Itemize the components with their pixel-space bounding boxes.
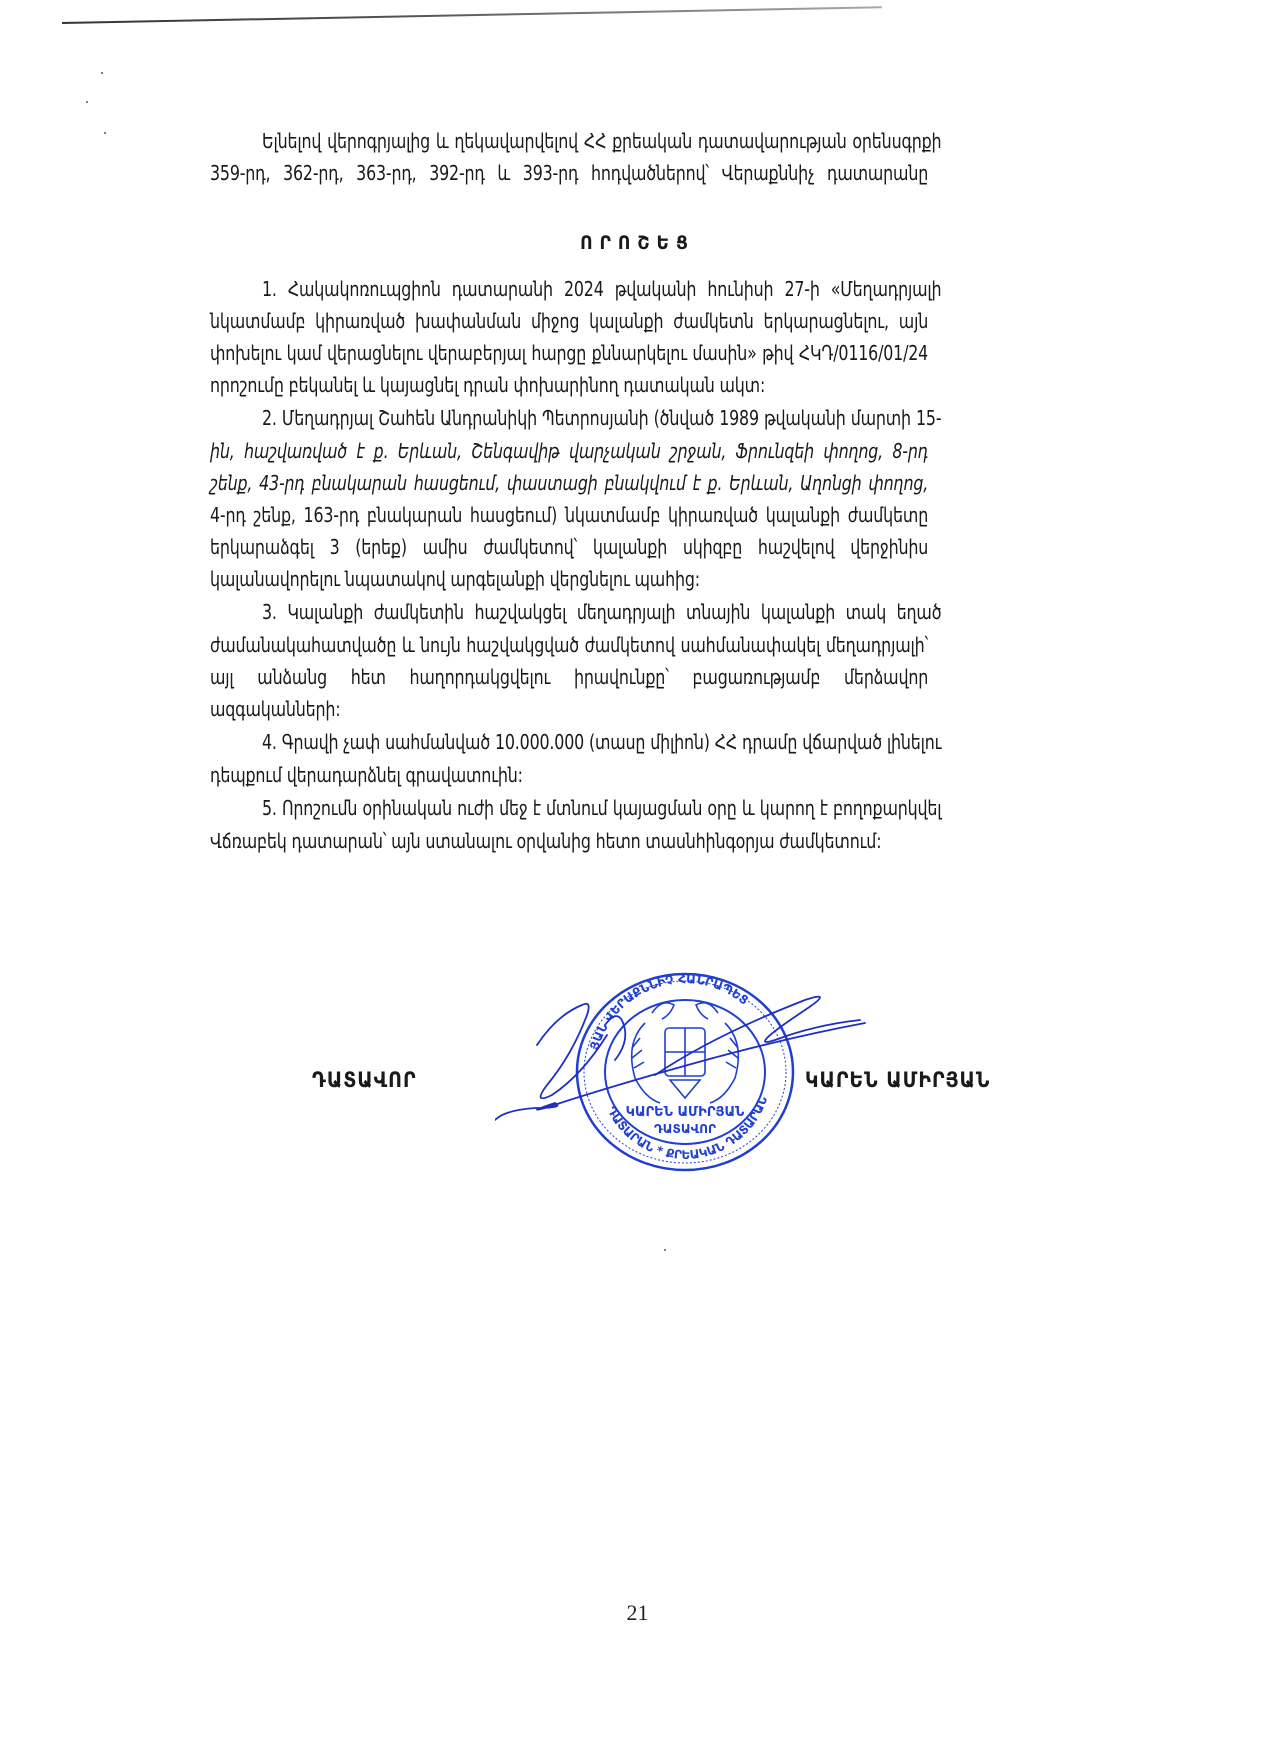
item-4-line: դեպքում վերադարձնել գրավատուին: xyxy=(210,760,928,790)
item-2-line: երկարաձգել 3 (երեք) ամիս ժամկետով՝ կալան… xyxy=(210,532,928,562)
item-2-line: կալանավորելու նպատակով արգելանքի վերցնել… xyxy=(210,564,928,594)
item-1-line: որոշումը բեկանել և կայացնել դրան փոխարին… xyxy=(210,370,928,400)
item-2-line: 2. Մեղադրյալ Շահեն Անդրանիկի Պետրոսյանի … xyxy=(262,403,941,433)
item-3-line: այլ անձանց հետ հաղորդակցվելու իրավունքը՝… xyxy=(210,662,928,692)
item-3-line: 3. Կալանքի ժամկետին հաշվակցել մեղադրյալի… xyxy=(262,597,941,627)
item-3-line: ազգականների: xyxy=(210,694,928,724)
item-1-line: նկատմամբ կիրառված խափանման միջոց կալանքի… xyxy=(210,306,928,336)
page-number: 21 xyxy=(0,1600,1275,1626)
judge-role-label: ԴԱՏԱՎՈՐ xyxy=(312,1068,417,1092)
scan-speck xyxy=(664,1249,666,1251)
item-5-line: 5. Որոշումն օրինական ուժի մեջ է մտնում կ… xyxy=(262,793,941,823)
item-2-line: շենք, 43-րդ բնակարան հասցեում, փաստացի բ… xyxy=(210,468,928,498)
decision-title: ՈՐՈՇԵՑ xyxy=(0,232,1275,254)
item-1-line: 1. Հակակոռուպցիոն դատարանի 2024 թվականի … xyxy=(262,274,941,304)
scan-speck xyxy=(86,101,88,103)
item-4-line: 4. Գրավի չափ սահմանված 10.000.000 (տասը … xyxy=(262,727,941,757)
item-2-line: ին, հաշվառված է ք. Երևան, Շենգավիթ վարչա… xyxy=(210,436,928,466)
scan-speck xyxy=(104,132,106,134)
document-page: Ելնելով վերոգրյալից և ղեկավարվելով ՀՀ քր… xyxy=(0,0,1275,1753)
item-5-line: Վճռաբեկ դատարան՝ այն ստանալու օրվանից հե… xyxy=(210,826,928,856)
item-1-line: փոխելու կամ վերացնելու վերաբերյալ հարցը … xyxy=(210,338,928,368)
item-3-line: ժամանակահատվածը և նույն հաշվակցված ժամկե… xyxy=(210,630,928,660)
intro-line: Ելնելով վերոգրյալից և ղեկավարվելով ՀՀ քր… xyxy=(262,126,941,156)
scan-speck xyxy=(101,72,103,74)
scan-edge-line xyxy=(62,6,882,24)
intro-line: 359-րդ, 362-րդ, 363-րդ, 392-րդ և 393-րդ … xyxy=(210,158,928,188)
item-2-line: 4-րդ շենք, 163-րդ բնակարան հասցեում) նկա… xyxy=(210,500,928,530)
handwritten-signature-icon xyxy=(495,985,885,1140)
